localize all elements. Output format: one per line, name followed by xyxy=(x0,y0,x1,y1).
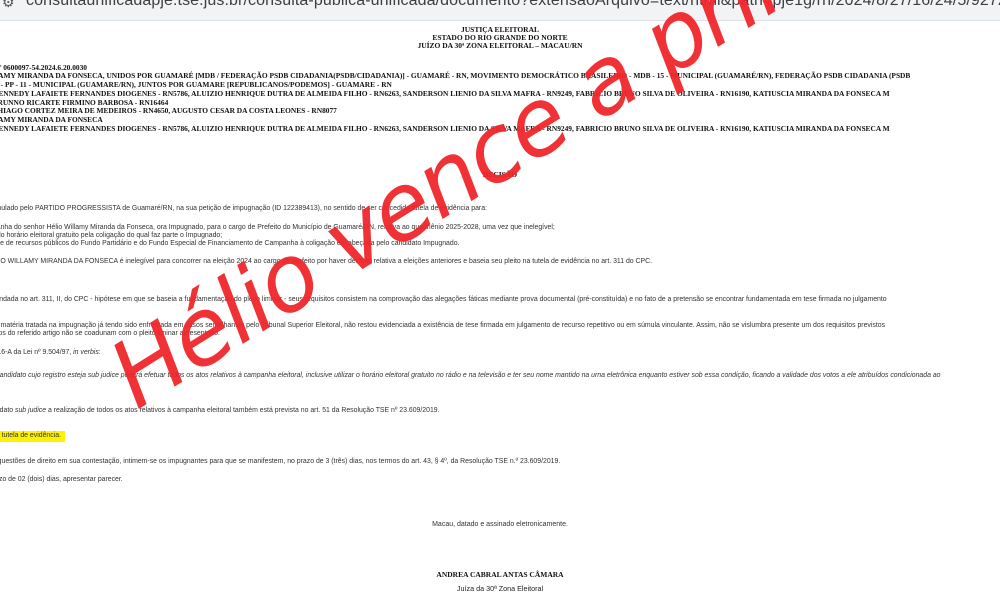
header-line-3: JUÍZO DA 30ª ZONA ELEITORAL – MACAU/RN xyxy=(0,42,1000,50)
paragraph: c) suspender o repasse de recursos públi… xyxy=(0,240,459,248)
party-line: DE: KENNEDY LAFAIETE FERNANDES DIOGENES … xyxy=(0,125,890,134)
paragraph: A tutela de evidência fundada no art. 31… xyxy=(0,296,887,304)
paragraph: Ademais, deve ser considerado o que disp… xyxy=(0,349,101,357)
document-page: JUSTIÇA ELEITORAL ESTADO DO RIO GRANDE D… xyxy=(0,21,1000,600)
paragraph: b) suspender o uso do horário eleitoral … xyxy=(0,232,222,240)
paragraph: Trata-se de pedido formulado pelo PARTID… xyxy=(0,205,487,213)
paragraph: Ante o exposto, INDEFIRO o pedido de tut… xyxy=(0,432,65,440)
site-info-icon[interactable]: ⚙ xyxy=(2,0,15,11)
paragraph: A possibilidade de o candidato sub judic… xyxy=(0,407,440,415)
paragraph: Após, ao Ministério Público Eleitoral pa… xyxy=(0,476,123,484)
paragraph: portanto, os requisitos do referido arti… xyxy=(0,330,220,338)
browser-address-bar[interactable]: ⚙ consultaunificadapje.tse.jus.br/consul… xyxy=(0,0,1000,21)
decision-title: DECISÃO xyxy=(0,171,1000,179)
law-quote: Art. 16-A. O candidato cujo registro est… xyxy=(0,372,941,380)
paragraph: No caso dos autos, a matéria tratada na … xyxy=(0,322,885,330)
paragraph: Considerando que a impugnada juntou docu… xyxy=(0,458,560,466)
place-date: Macau, datado e assinado eletronicamente… xyxy=(0,521,1000,528)
judge-name: ANDREA CABRAL ANTAS CÂMARA xyxy=(0,570,1000,579)
judge-role: Juíza da 30ª Zona Eleitoral xyxy=(0,584,1000,593)
paragraph: Alega que o Sr. HÉLIO WILLAMY MIRANDA DA… xyxy=(0,258,652,266)
paragraph: a) suspender a campanha do senhor Hélio … xyxy=(0,224,555,232)
url-text[interactable]: consultaunificadapje.tse.jus.br/consulta… xyxy=(26,0,1000,10)
highlighted-ruling: INDEFIRO o pedido de tutela de evidência… xyxy=(0,431,65,442)
